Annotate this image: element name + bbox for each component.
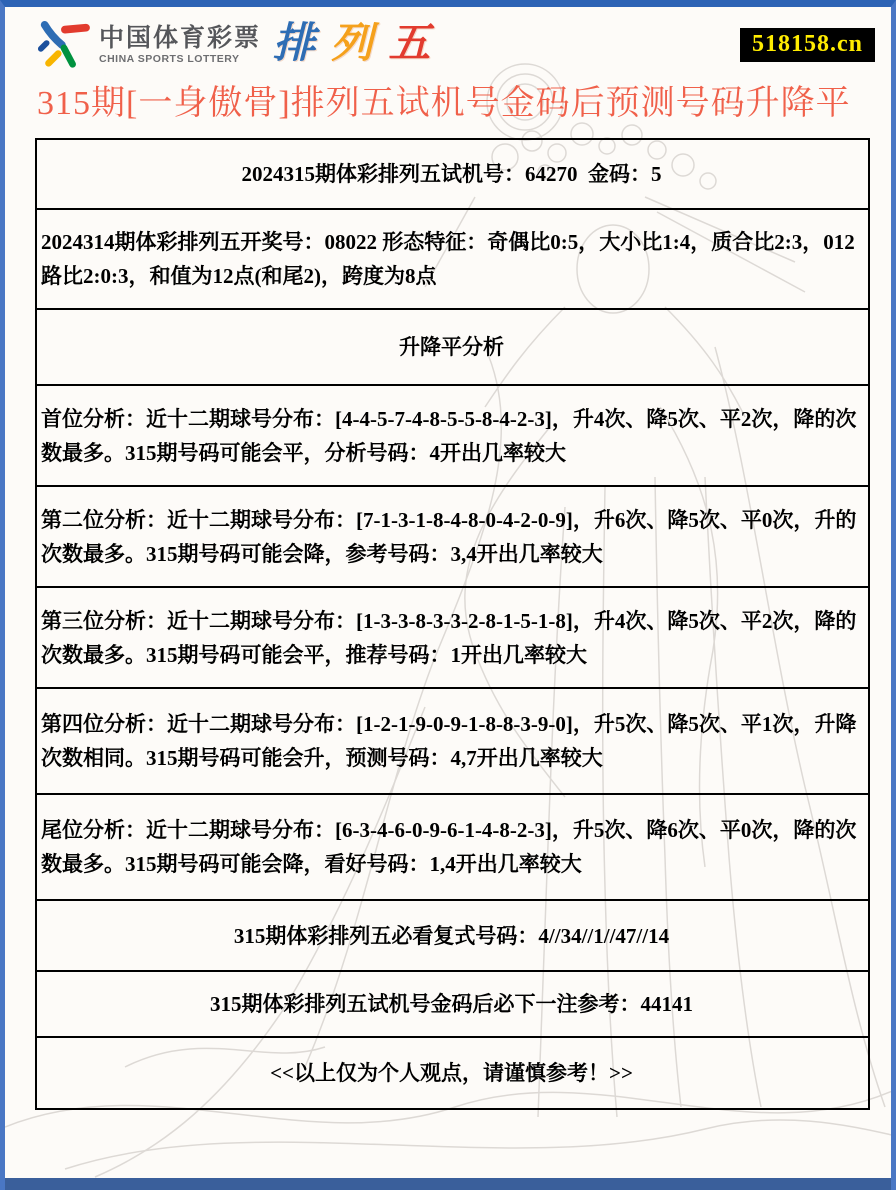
china-sports-lottery-logo[interactable]: 中国体育彩票 CHINA SPORTS LOTTERY 排 列 五: [33, 20, 432, 70]
logo-cn-name: 中国体育彩票: [99, 26, 261, 51]
lottery-logo-icon: [33, 20, 91, 70]
bottom-bar: [5, 1178, 891, 1190]
section-complex-number: 315期体彩排列五必看复式号码：4//34//1//47//14: [37, 899, 868, 970]
page-title: 315期[一身傲骨]排列五试机号金码后预测号码升降平: [37, 84, 861, 123]
section-disclaimer: <<以上仅为个人观点，请谨慎参考！>>: [37, 1036, 868, 1108]
section-test-number: 2024315期体彩排列五试机号：64270 金码：5: [37, 140, 868, 208]
logo-product-name: 排 列 五: [273, 22, 432, 64]
section-position-1: 首位分析：近十二期球号分布：[4-4-5-7-4-8-5-5-8-4-2-3]，…: [37, 384, 868, 485]
section-position-3: 第三位分析：近十二期球号分布：[1-3-3-8-3-3-2-8-1-5-1-8]…: [37, 586, 868, 687]
logo-en-name: CHINA SPORTS LOTTERY: [99, 54, 261, 65]
section-analysis-header: 升降平分析: [37, 308, 868, 384]
prediction-board: 2024315期体彩排列五试机号：64270 金码：5 2024314期体彩排列…: [35, 138, 870, 1110]
section-position-2: 第二位分析：近十二期球号分布：[7-1-3-1-8-4-8-0-4-2-0-9]…: [37, 485, 868, 586]
lottery-prediction-page: 中国体育彩票 CHINA SPORTS LOTTERY 排 列 五 518158…: [0, 0, 896, 1190]
logo-names: 中国体育彩票 CHINA SPORTS LOTTERY: [99, 26, 261, 65]
section-last-draw: 2024314期体彩排列五开奖号：08022 形态特征：奇偶比0:5，大小比1:…: [37, 208, 868, 308]
section-position-tail: 尾位分析：近十二期球号分布：[6-3-4-6-0-9-6-1-4-8-2-3]，…: [37, 793, 868, 899]
section-single-bet: 315期体彩排列五试机号金码后必下一注参考：44141: [37, 970, 868, 1036]
product-char-2: 列: [331, 19, 375, 66]
product-char-3: 五: [388, 19, 432, 66]
header: 中国体育彩票 CHINA SPORTS LOTTERY 排 列 五 518158…: [33, 20, 875, 76]
section-position-4: 第四位分析：近十二期球号分布：[1-2-1-9-0-9-1-8-8-3-9-0]…: [37, 687, 868, 793]
site-url-badge[interactable]: 518158.cn: [740, 28, 875, 62]
product-char-1: 排: [273, 19, 317, 66]
